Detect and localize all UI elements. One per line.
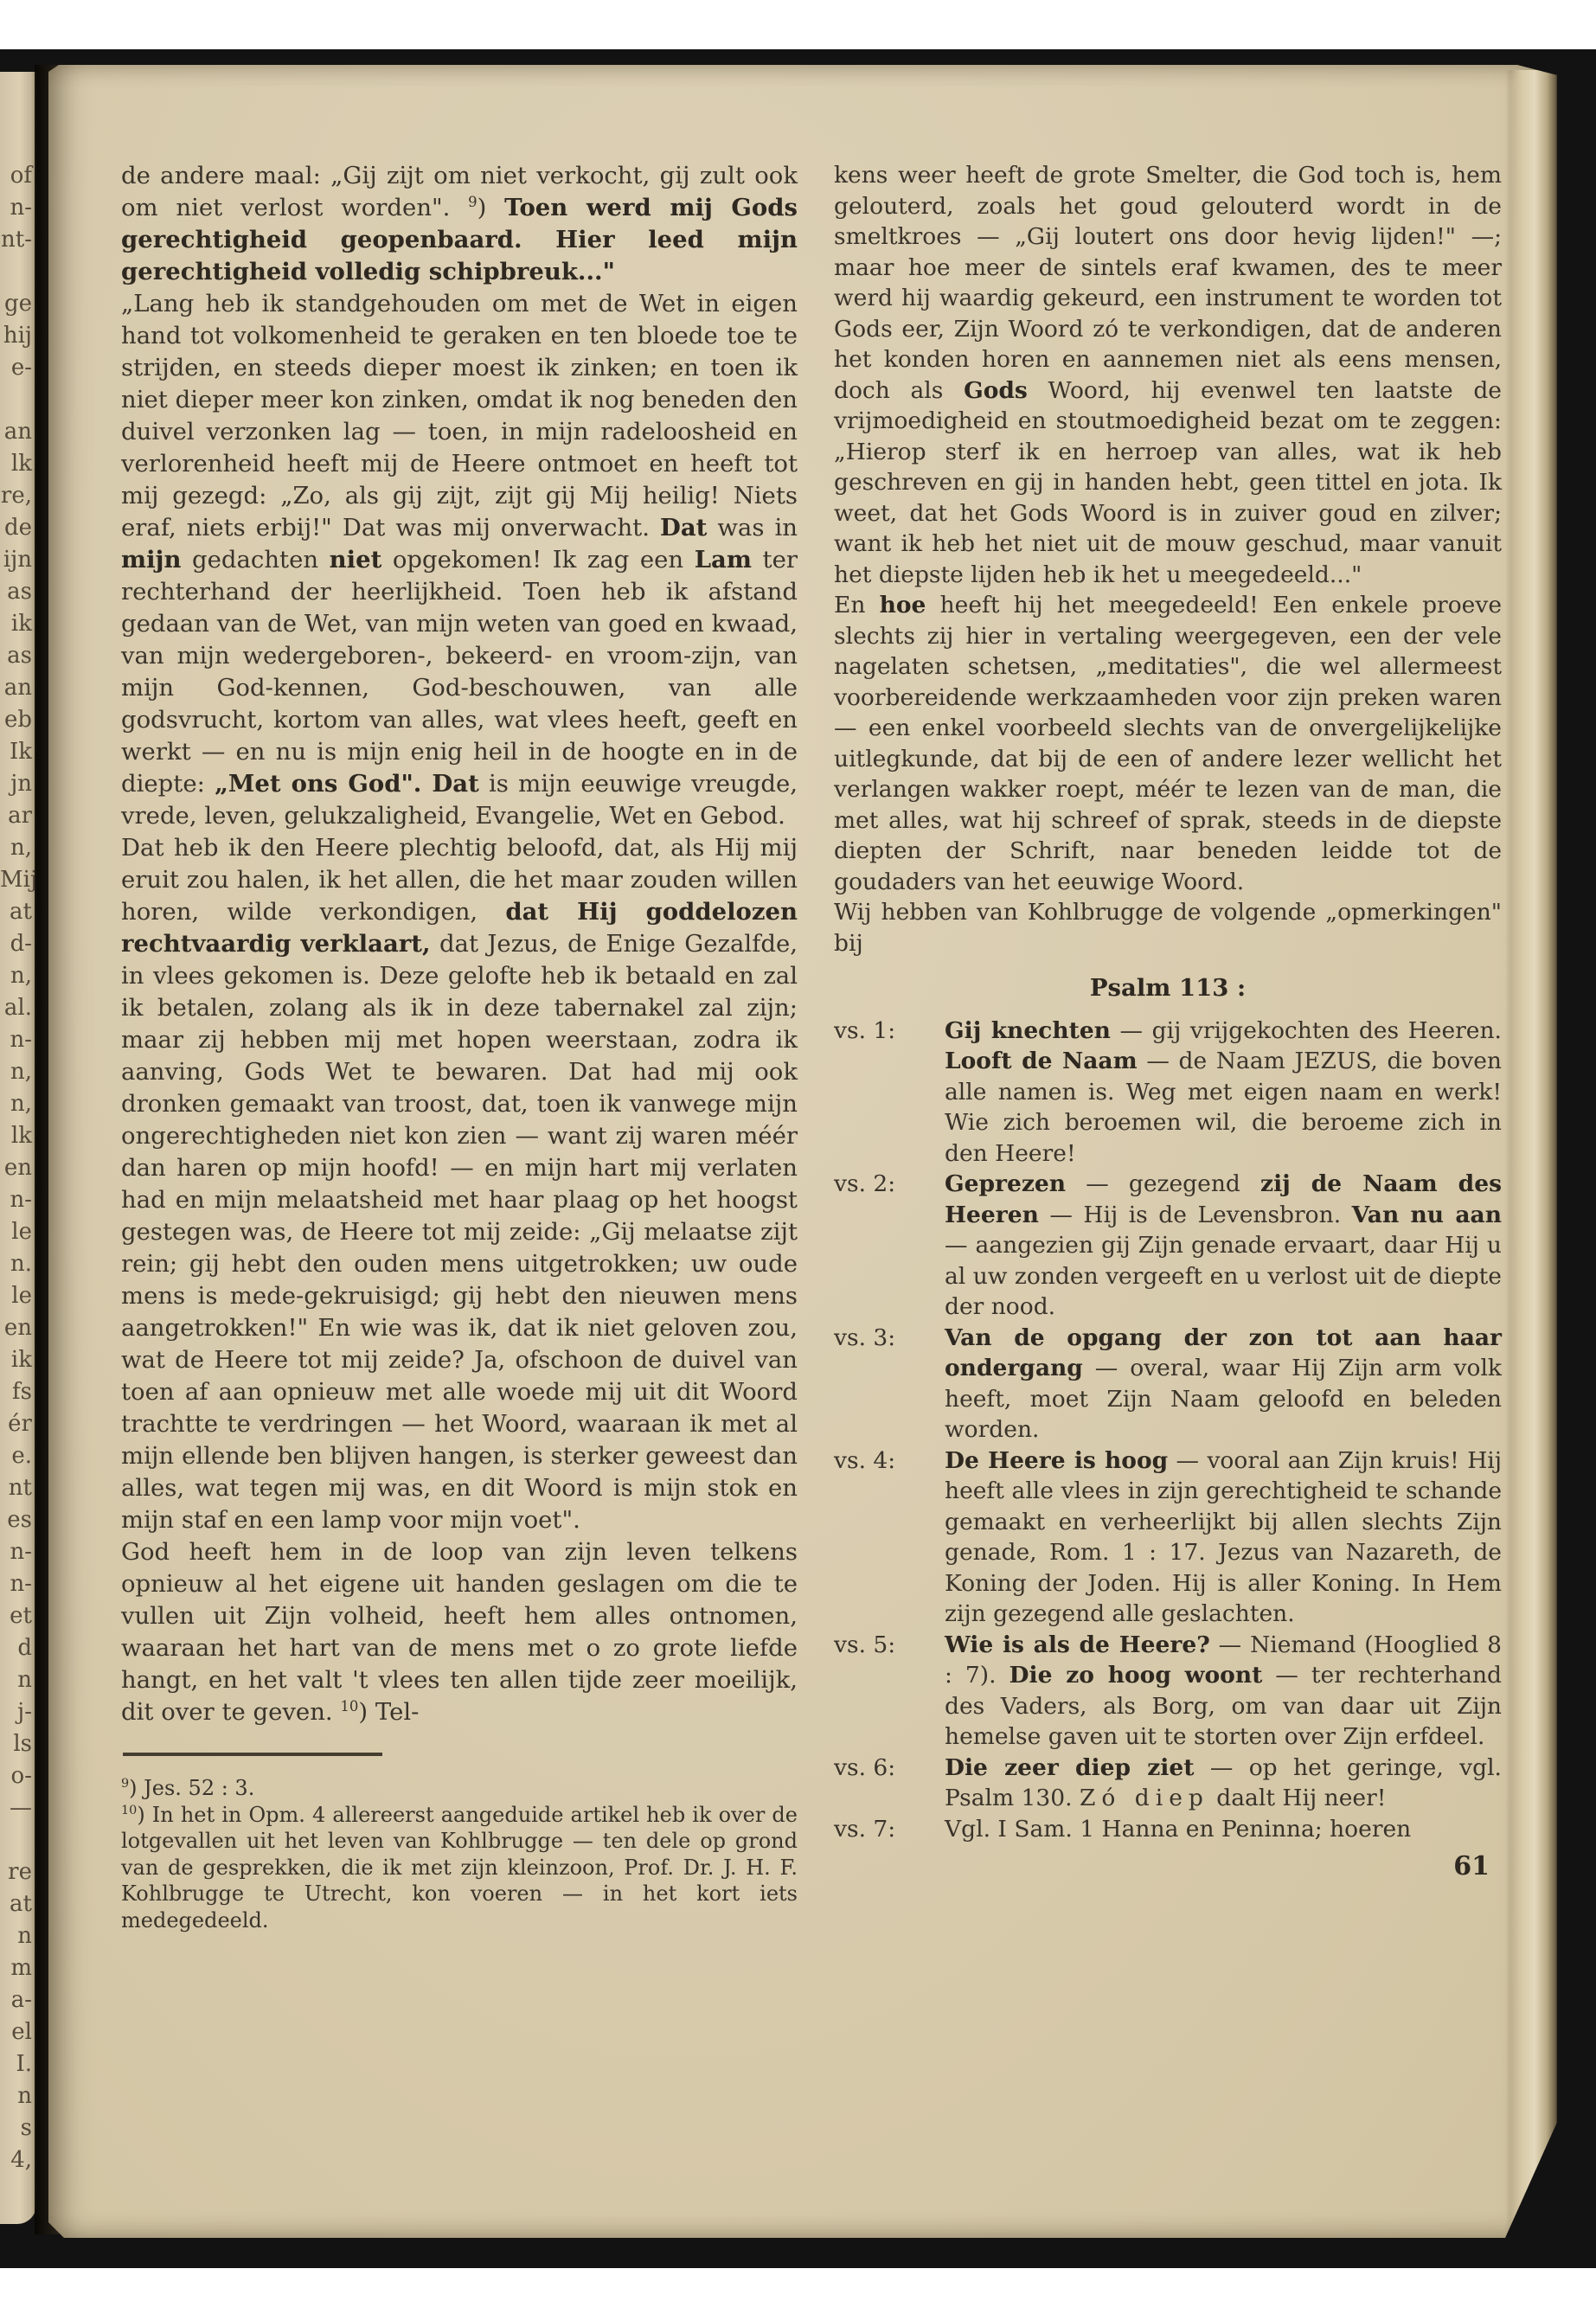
left-text-column: de andere maal: „Gij zijt om niet verkoc… bbox=[121, 160, 798, 1933]
spine-fragment: n- bbox=[0, 1184, 35, 1216]
verse-label: vs. 1: bbox=[834, 1016, 945, 1170]
facing-page-sliver: ofn-nt-gehije-anlkre,deijnasikasanebIkjn… bbox=[0, 72, 36, 2224]
verse-text: Van de opgang der zon tot aan haar onder… bbox=[945, 1323, 1502, 1445]
spine-fragment: n- bbox=[0, 192, 35, 224]
spine-fragment: at bbox=[0, 1888, 35, 1920]
scanner-black-backdrop: ofn-nt-gehije-anlkre,deijnasikasanebIkjn… bbox=[0, 49, 1596, 2269]
spine-fragment: n, bbox=[0, 960, 35, 992]
spine-fragment bbox=[0, 256, 35, 288]
verse-label: vs. 5: bbox=[834, 1630, 945, 1753]
verse-label: vs. 7: bbox=[834, 1814, 945, 1845]
verse-row: vs. 1: Gij knechten — gij vrijgekochten … bbox=[834, 1016, 1502, 1170]
spine-text-fragments: ofn-nt-gehije-anlkre,deijnasikasanebIkjn… bbox=[0, 160, 35, 2176]
spine-fragment: a- bbox=[0, 1984, 35, 2016]
paragraph: God heeft hem in de loop van zijn leven … bbox=[121, 1536, 798, 1728]
spine-fragment: n bbox=[0, 2080, 35, 2112]
scanner-white-strip-top bbox=[0, 0, 1596, 49]
verse-text: Gij knechten — gij vrijgekochten des Hee… bbox=[945, 1016, 1502, 1170]
spine-fragment: el bbox=[0, 2016, 35, 2048]
verse-row: vs. 3: Van de opgang der zon tot aan haa… bbox=[834, 1323, 1502, 1445]
spine-fragment: hij bbox=[0, 320, 35, 352]
spine-fragment: en bbox=[0, 1312, 35, 1344]
verse-label: vs. 6: bbox=[834, 1753, 945, 1814]
spine-fragment: as bbox=[0, 640, 35, 672]
spine-fragment: d- bbox=[0, 928, 35, 960]
spine-fragment: le bbox=[0, 1216, 35, 1248]
spine-fragment: ls bbox=[0, 1728, 35, 1760]
spine-fragment: d bbox=[0, 1632, 35, 1664]
verse-label: vs. 4: bbox=[834, 1445, 945, 1630]
spine-fragment: s bbox=[0, 2112, 35, 2144]
spine-fragment: lk bbox=[0, 1120, 35, 1152]
spine-fragment: n. bbox=[0, 1248, 35, 1280]
psalm-heading: Psalm 113 : bbox=[834, 973, 1502, 1004]
spine-fragment: Ik bbox=[0, 736, 35, 768]
spine-fragment: ar bbox=[0, 800, 35, 832]
paragraph: En hoe heeft hij het meegedeeld! Een enk… bbox=[834, 590, 1502, 897]
spine-fragment: de bbox=[0, 512, 35, 544]
spine-fragment: m bbox=[0, 1952, 35, 1984]
book-page: de andere maal: „Gij zijt om niet verkoc… bbox=[48, 65, 1557, 2238]
verse-row: vs. 5: Wie is als de Heere? — Niemand (H… bbox=[834, 1630, 1502, 1753]
spine-fragment: et bbox=[0, 1600, 35, 1632]
verse-row: vs. 4: De Heere is hoog — vooral aan Zij… bbox=[834, 1445, 1502, 1630]
verse-text: De Heere is hoog — vooral aan Zijn kruis… bbox=[945, 1445, 1502, 1630]
spine-fragment: jn bbox=[0, 768, 35, 800]
spine-fragment: es bbox=[0, 1504, 35, 1536]
spine-fragment: n, bbox=[0, 832, 35, 864]
spine-fragment bbox=[0, 384, 35, 416]
spine-fragment: en bbox=[0, 1152, 35, 1184]
spine-fragment: n- bbox=[0, 1536, 35, 1568]
spine-fragment: ér bbox=[0, 1408, 35, 1440]
footnote: 10) In het in Opm. 4 allereerst aangedui… bbox=[121, 1802, 798, 1934]
spine-fragment: j- bbox=[0, 1696, 35, 1728]
spine-fragment: ik bbox=[0, 608, 35, 640]
spine-fragment: re, bbox=[0, 480, 35, 512]
spine-fragment: fs bbox=[0, 1376, 35, 1408]
right-text-column: kens weer heeft de grote Smelter, die Go… bbox=[834, 160, 1502, 1882]
verse-text: Die zeer diep ziet — op het geringe, vgl… bbox=[945, 1753, 1502, 1814]
paragraph: Dat heb ik den Heere plechtig beloofd, d… bbox=[121, 832, 798, 1536]
footnote: 9) Jes. 52 : 3. bbox=[121, 1775, 798, 1802]
spine-fragment: at bbox=[0, 896, 35, 928]
spine-fragment: ik bbox=[0, 1344, 35, 1376]
verse-row: vs. 2: Geprezen — gezegend zij de Naam d… bbox=[834, 1169, 1502, 1323]
spine-fragment: nt- bbox=[0, 224, 35, 256]
verse-text: Geprezen — gezegend zij de Naam des Heer… bbox=[945, 1169, 1502, 1323]
spine-fragment bbox=[0, 1824, 35, 1856]
paragraph: Wij hebben van Kohlbrugge de volgende „o… bbox=[834, 897, 1502, 958]
spine-fragment: n bbox=[0, 1920, 35, 1952]
spine-fragment: — bbox=[0, 1792, 35, 1824]
spine-fragment: n, bbox=[0, 1088, 35, 1120]
spine-fragment: e. bbox=[0, 1440, 35, 1472]
spine-fragment: an bbox=[0, 416, 35, 448]
page-fore-edge bbox=[1505, 70, 1557, 2234]
spine-fragment: Mij bbox=[0, 864, 35, 896]
spine-fragment: n, bbox=[0, 1056, 35, 1088]
verse-text: Vgl. I Sam. 1 Hanna en Peninna; hoeren bbox=[945, 1814, 1502, 1845]
spine-fragment: an bbox=[0, 672, 35, 704]
spine-fragment: eb bbox=[0, 704, 35, 736]
verse-label: vs. 3: bbox=[834, 1323, 945, 1445]
spine-fragment: e- bbox=[0, 352, 35, 384]
spine-fragment: n- bbox=[0, 1568, 35, 1600]
page-number: 61 bbox=[834, 1851, 1502, 1882]
footnote-divider bbox=[123, 1753, 382, 1756]
verse-text: Wie is als de Heere? — Niemand (Hooglied… bbox=[945, 1630, 1502, 1753]
spine-fragment: nt bbox=[0, 1472, 35, 1504]
spine-fragment: o- bbox=[0, 1760, 35, 1792]
spine-fragment: as bbox=[0, 576, 35, 608]
paragraph: de andere maal: „Gij zijt om niet verkoc… bbox=[121, 160, 798, 288]
spine-fragment: ijn bbox=[0, 544, 35, 576]
verse-label: vs. 2: bbox=[834, 1169, 945, 1323]
scanned-book-page: ofn-nt-gehije-anlkre,deijnasikasanebIkjn… bbox=[0, 0, 1596, 2301]
spine-fragment: of bbox=[0, 160, 35, 192]
spine-fragment: n- bbox=[0, 1024, 35, 1056]
spine-fragment: ge bbox=[0, 288, 35, 320]
spine-fragment: I. bbox=[0, 2048, 35, 2080]
spine-fragment: re bbox=[0, 1856, 35, 1888]
paragraph: „Lang heb ik standgehouden om met de Wet… bbox=[121, 288, 798, 832]
spine-fragment: al. bbox=[0, 992, 35, 1024]
spine-fragment: lk bbox=[0, 448, 35, 480]
spine-fragment: n bbox=[0, 1664, 35, 1696]
verse-row: vs. 7: Vgl. I Sam. 1 Hanna en Peninna; h… bbox=[834, 1814, 1502, 1845]
scanner-white-strip-bottom bbox=[0, 2268, 1596, 2301]
spine-fragment: 4, bbox=[0, 2144, 35, 2176]
verse-row: vs. 6: Die zeer diep ziet — op het gerin… bbox=[834, 1753, 1502, 1814]
paragraph: kens weer heeft de grote Smelter, die Go… bbox=[834, 160, 1502, 590]
spine-fragment: le bbox=[0, 1280, 35, 1312]
